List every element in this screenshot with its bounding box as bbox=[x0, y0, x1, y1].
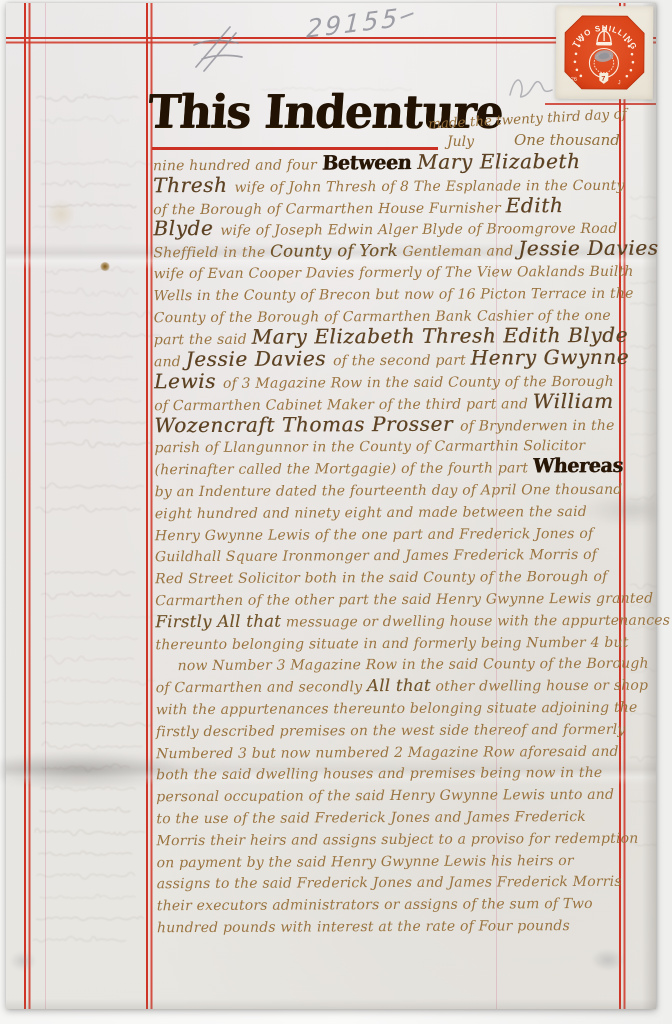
body-text: by an Indenture dated the fourteenth day… bbox=[155, 482, 623, 500]
faint-rule-left bbox=[45, 3, 46, 1009]
ghost-ink-line bbox=[41, 592, 130, 599]
party-name: Henry Gwynne bbox=[470, 345, 629, 370]
document-line: of Carmarthen and secondly All that othe… bbox=[156, 674, 649, 698]
document-line: Sheffield in the County of York Gentlema… bbox=[153, 238, 658, 262]
document-line: assigns to the said Frederick Jones and … bbox=[157, 870, 622, 894]
deed-month: July bbox=[447, 134, 474, 150]
emphasis-word: Between bbox=[321, 152, 418, 175]
document-line: wife of Evan Cooper Davies formerly of T… bbox=[153, 260, 633, 284]
body-text: parish of Llangunnor in the County of Ca… bbox=[154, 438, 585, 456]
document-line: with the appurtenances thereunto belongi… bbox=[156, 696, 638, 720]
ghost-ink-line bbox=[37, 872, 135, 879]
hash-scribble-stroke bbox=[202, 55, 242, 59]
body-text: on payment by the said Henry Gwynne Lewi… bbox=[157, 853, 574, 871]
document-line: eight hundred and ninety eight and made … bbox=[155, 500, 587, 524]
ghost-ink-line bbox=[44, 677, 155, 685]
body-text: Firstly All that bbox=[155, 611, 281, 631]
ghost-ink-line bbox=[40, 116, 129, 124]
deed-year-start: One thousand bbox=[514, 131, 620, 149]
body-text: with the appurtenances thereunto belongi… bbox=[156, 700, 638, 719]
document-line: firstly described premises on the west s… bbox=[156, 718, 626, 742]
document-line: Carmarthen of the other part the said He… bbox=[155, 587, 653, 611]
party-name: Thresh bbox=[153, 173, 234, 197]
pencil-squiggle bbox=[510, 80, 552, 97]
body-text: of the Borough of Carmarthen House Furni… bbox=[153, 200, 505, 218]
photo-background: { "document": { "type_label": "Indenture… bbox=[0, 0, 672, 1024]
body-text: wife of Evan Cooper Davies formerly of T… bbox=[154, 264, 634, 283]
ghost-ink-line bbox=[36, 916, 143, 920]
ghost-ink-line bbox=[38, 851, 132, 855]
body-text: personal occupation of the said Henry Gw… bbox=[156, 787, 614, 805]
ghost-ink-line bbox=[45, 311, 156, 317]
paper-stain bbox=[48, 197, 74, 231]
document-line: on payment by the said Henry Gwynne Lewi… bbox=[157, 849, 574, 873]
ghost-ink-line bbox=[36, 377, 138, 382]
body-text: their executors administrators or assign… bbox=[157, 896, 593, 914]
ghost-ink-line bbox=[40, 894, 136, 899]
document-line: Wells in the County of Brecon but now of… bbox=[154, 282, 634, 306]
body-text: Guildhall Square Ironmonger and James Fr… bbox=[155, 547, 597, 565]
ghost-ink-line bbox=[40, 288, 138, 296]
margin-rule-left-outer bbox=[24, 3, 26, 1009]
pencil-smudge-bottom-right bbox=[591, 949, 625, 971]
document-line: nine hundred and four Between Mary Eliza… bbox=[153, 151, 581, 175]
stamp-center-mark: 7 bbox=[601, 76, 605, 83]
document-line: and Jessie Davies of the second part Hen… bbox=[154, 347, 629, 371]
body-text: Sheffield in the bbox=[153, 245, 270, 262]
party-name: Jessie Davies bbox=[518, 236, 659, 261]
body-text: thereunto belonging situate in and forme… bbox=[155, 634, 628, 652]
pencil-smudge-bottom-left bbox=[10, 951, 36, 971]
body-text: Gentleman and bbox=[398, 244, 518, 261]
ghost-ink-line bbox=[43, 419, 146, 425]
ink-stain bbox=[100, 262, 110, 271]
body-text: assigns to the said Frederick Jones and … bbox=[157, 874, 622, 892]
paper-edge-bottom bbox=[6, 999, 656, 1009]
party-name: Wozencraft Thomas Prosser bbox=[154, 411, 460, 437]
ghost-ink-line bbox=[44, 655, 134, 663]
body-text: now Number 3 Magazine Row in the said Co… bbox=[178, 656, 649, 674]
body-text: both the said dwelling houses and premis… bbox=[156, 765, 602, 783]
document-line: Morris their heirs and assigns subject t… bbox=[156, 827, 638, 851]
document-line: Wozencraft Thomas Prosser of Brynderwen … bbox=[154, 412, 614, 436]
body-text: Numbered 3 but now numbered 2 Magazine R… bbox=[156, 743, 619, 761]
body-text: Wells in the County of Brecon but now of… bbox=[154, 286, 634, 305]
ghost-ink-line bbox=[42, 722, 153, 727]
ghost-ink-line bbox=[33, 937, 126, 942]
document-body-lines: nine hundred and four Between Mary Eliza… bbox=[153, 151, 631, 953]
body-text: to the use of the said Frederick Jones a… bbox=[156, 809, 586, 827]
hash-scribble-stroke bbox=[196, 27, 230, 67]
body-text: messuage or dwelling house with the appu… bbox=[281, 612, 670, 630]
document-line: to the use of the said Frederick Jones a… bbox=[156, 805, 586, 829]
stamp-left-mark: 26 bbox=[571, 77, 577, 83]
ghost-ink-line bbox=[42, 742, 143, 749]
body-text: nine hundred and four bbox=[153, 157, 322, 174]
party-name: William bbox=[533, 389, 614, 413]
body-text: Carmarthen of the other part the said He… bbox=[155, 591, 653, 610]
body-text: of Carmarthen and secondly bbox=[156, 679, 367, 696]
stamp-paper-patch: TWO SHILLINGS 26 7 J bbox=[556, 6, 654, 100]
ghost-ink-line bbox=[35, 828, 145, 835]
ghost-ink-line bbox=[40, 807, 131, 813]
body-text: firstly described premises on the west s… bbox=[156, 722, 626, 740]
ghost-ink-line bbox=[36, 505, 141, 512]
body-text: of Brynderwen in the bbox=[460, 417, 615, 434]
ghost-ink-line bbox=[43, 700, 142, 705]
body-text: County of York bbox=[270, 241, 398, 261]
body-text: wife of John Thresh of 8 The Esplanade i… bbox=[234, 178, 624, 196]
body-text: hundred pounds with interest at the rate… bbox=[157, 918, 570, 936]
party-name: Lewis bbox=[154, 369, 223, 393]
document-line: thereunto belonging situate in and forme… bbox=[155, 630, 628, 654]
head-rule-right-segment bbox=[545, 103, 656, 105]
body-text: Henry Gwynne Lewis of the one part and F… bbox=[155, 526, 594, 544]
ghost-ink-line bbox=[44, 570, 135, 575]
ghost-ink-line bbox=[46, 333, 160, 338]
document-line: by an Indenture dated the fourteenth day… bbox=[155, 478, 623, 502]
body-text: eight hundred and ninety eight and made … bbox=[155, 504, 587, 522]
deed-page: 29155 TWO SHILLINGS bbox=[6, 3, 656, 1009]
document-line: personal occupation of the said Henry Gw… bbox=[156, 783, 614, 807]
ghost-ink-line bbox=[37, 399, 141, 405]
document-line: parish of Llangunnor in the County of Ca… bbox=[154, 434, 585, 458]
document-line: Guildhall Square Ironmonger and James Fr… bbox=[155, 543, 597, 567]
ghost-ink-line bbox=[41, 181, 131, 188]
document-line: now Number 3 Magazine Row in the said Co… bbox=[178, 652, 649, 676]
document-line: Numbered 3 but now numbered 2 Magazine R… bbox=[156, 739, 619, 763]
ghost-ink-line bbox=[34, 356, 133, 361]
document-line: their executors administrators or assign… bbox=[157, 892, 593, 916]
ghost-ink-line bbox=[43, 635, 138, 639]
party-name: Mary Elizabeth bbox=[417, 149, 581, 174]
body-text: Red Street Solicitor both in the said Co… bbox=[155, 569, 607, 587]
party-name: Edith bbox=[505, 193, 563, 217]
ghost-ink-line bbox=[45, 440, 152, 448]
party-name: Blyde bbox=[153, 216, 220, 240]
two-shilling-revenue-stamp: TWO SHILLINGS 26 7 J bbox=[563, 14, 647, 92]
ghost-ink-line bbox=[40, 483, 144, 488]
body-text: (herinafter called the Mortgagie) of the… bbox=[155, 460, 533, 478]
hash-scribble-stroke bbox=[194, 40, 238, 45]
document-line: Red Street Solicitor both in the said Co… bbox=[155, 565, 608, 589]
ghost-ink-line bbox=[33, 224, 131, 230]
emphasis-word: Whereas bbox=[532, 456, 624, 479]
body-text: All that bbox=[367, 676, 431, 695]
body-text: Morris their heirs and assigns subject t… bbox=[156, 831, 638, 850]
paper-edge-right bbox=[642, 3, 656, 1009]
ghost-ink-line bbox=[34, 159, 153, 166]
document-line: both the said dwelling houses and premis… bbox=[156, 761, 602, 785]
document-line: Henry Gwynne Lewis of the one part and F… bbox=[155, 522, 594, 546]
document-line: Firstly All that messuage or dwelling ho… bbox=[155, 608, 670, 632]
pencil-stroke bbox=[400, 12, 413, 19]
party-name: Jessie Davies bbox=[186, 346, 334, 371]
hash-scribble-stroke bbox=[204, 33, 236, 71]
heading-underline bbox=[152, 147, 438, 150]
stamp-right-mark: J bbox=[618, 80, 621, 86]
body-text: and bbox=[154, 354, 186, 370]
ghost-ink-line bbox=[36, 94, 138, 101]
document-line: of the Borough of Carmarthen House Furni… bbox=[153, 195, 563, 219]
ghost-ink-line bbox=[45, 613, 158, 619]
document-line: (herinafter called the Mortgagie) of the… bbox=[155, 456, 624, 480]
document-line: hundred pounds with interest at the rate… bbox=[157, 914, 570, 938]
margin-rule-text-start bbox=[146, 3, 148, 1009]
body-text: other dwelling house or shop bbox=[431, 678, 648, 695]
body-text: of the second part bbox=[333, 353, 471, 370]
